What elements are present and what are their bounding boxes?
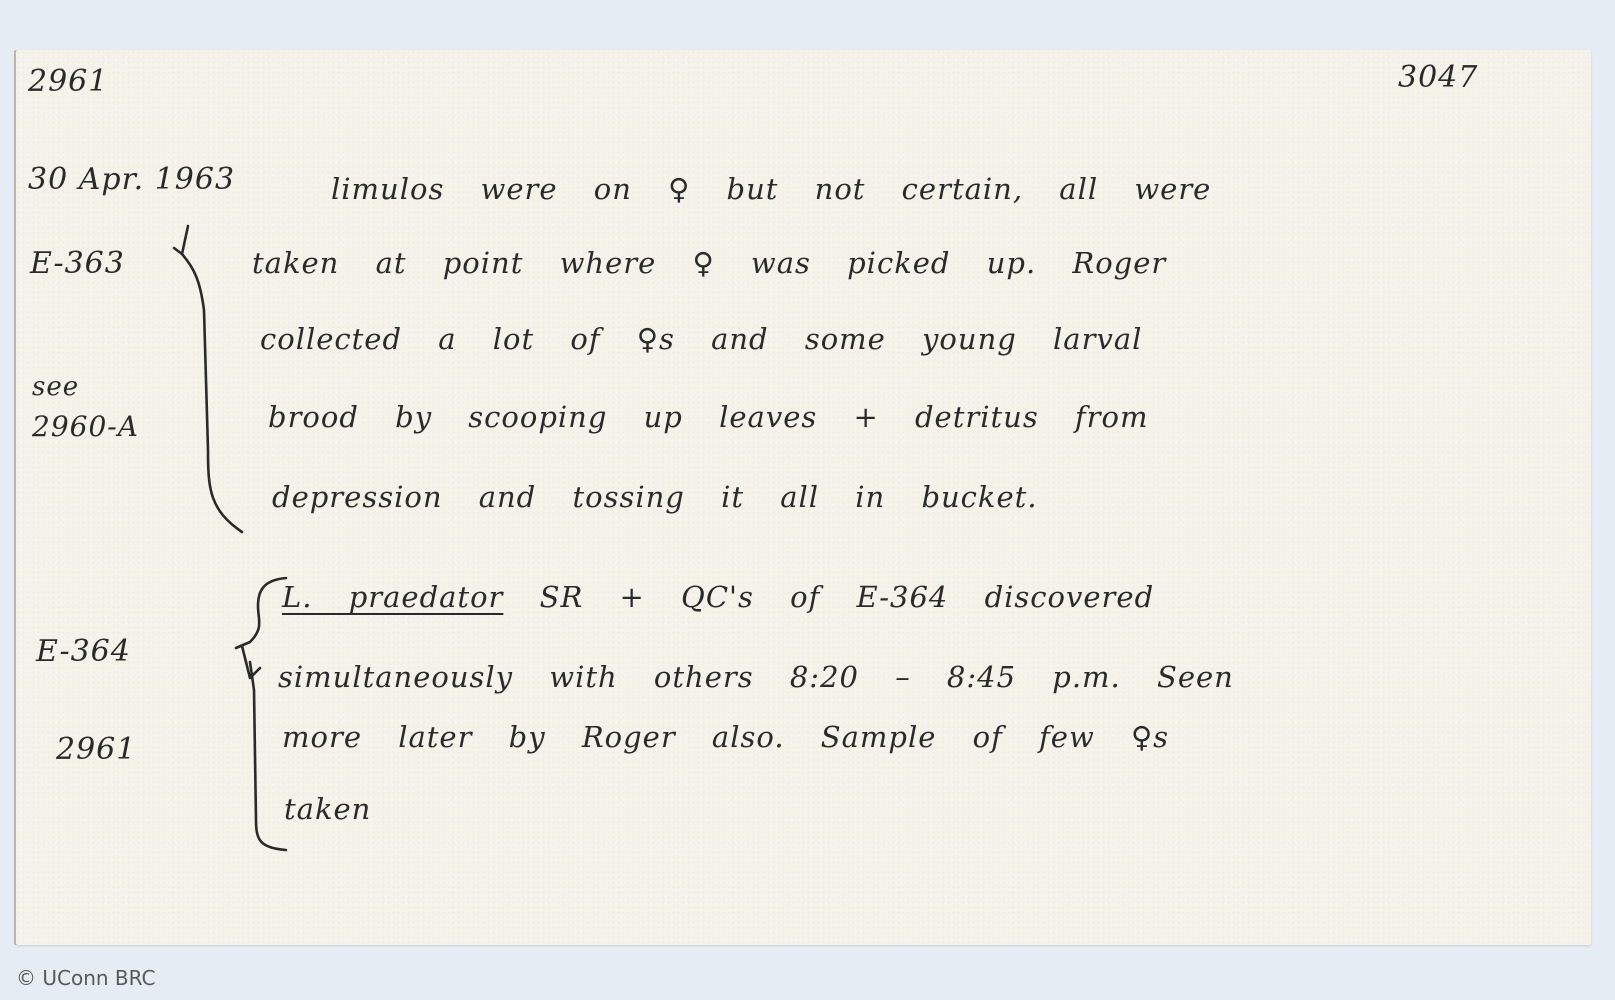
index-card: 2961 3047 30 Apr. 1963 E-363 see 2960-A … [16, 50, 1591, 945]
entry-id-e364: E-364 [36, 634, 131, 669]
entry-ref-2961: 2961 [56, 732, 136, 767]
entry1-line-1: limulos were on ♀ but not certain, all w… [331, 172, 1211, 206]
entry2-line-1-text: SR + QC's of E-364 discovered [540, 580, 1155, 614]
card-number-left: 2961 [28, 64, 108, 99]
entry1-line-2: taken at point where ♀ was picked up. Ro… [252, 246, 1166, 280]
copyright-notice: © UConn BRC [16, 966, 156, 990]
entry2-line-1: L. praedator SR + QC's of E-364 discover… [282, 580, 1154, 614]
see-label: see [32, 372, 79, 402]
card-number-right: 3047 [1398, 60, 1478, 95]
entry-id-e363: E-363 [30, 246, 125, 281]
entry1-line-4: brood by scooping up leaves + detritus f… [268, 400, 1149, 434]
species-name: L. praedator [282, 580, 503, 614]
entry1-line-3: collected a lot of ♀s and some young lar… [260, 322, 1142, 356]
entry2-line-4: taken [284, 792, 371, 826]
entry2-line-2: simultaneously with others 8:20 – 8:45 p… [278, 660, 1234, 694]
see-reference: 2960-A [32, 410, 139, 443]
entry-date: 30 Apr. 1963 [28, 162, 235, 197]
brace-icon [166, 220, 256, 540]
entry2-line-3: more later by Roger also. Sample of few … [282, 720, 1169, 754]
entry1-line-5: depression and tossing it all in bucket. [272, 480, 1038, 514]
brace-icon [202, 570, 292, 860]
